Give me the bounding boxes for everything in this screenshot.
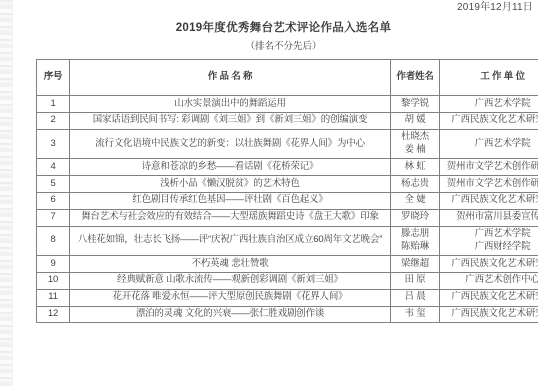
column-header-author-name: 作者姓名 bbox=[391, 60, 440, 96]
author-name-cell: 田 原 bbox=[391, 272, 440, 289]
author-name-cell: 黎学锐 bbox=[391, 96, 440, 113]
row-number-cell: 11 bbox=[37, 289, 70, 306]
work-title-cell: 不朽英魂 悲壮赞歌 bbox=[70, 256, 391, 273]
row-number-cell: 1 bbox=[37, 96, 70, 113]
author-name-cell: 杨志贵 bbox=[391, 176, 440, 193]
table-header: 序号 作 品 名 称 作者姓名 工 作 单 位 bbox=[37, 60, 538, 96]
table-row: 7舞台艺术与社会效应的有效结合——大型瑶族舞蹈史诗《盘王大歌》印象罗晓玲贺州市富… bbox=[37, 209, 538, 226]
work-unit: 贺州市文学艺术创作研究所 bbox=[444, 178, 538, 191]
author-name: 杨志贵 bbox=[394, 178, 436, 191]
table-row: 6红色剧目传承红色基因——评壮剧《百色起义》全 婕广西民族文化艺术研究院 bbox=[37, 192, 538, 209]
table-row: 3流行文化语境中民族文艺的新变：以壮族舞剧《花界人间》为中心杜晓杰姜 楠广西艺术… bbox=[37, 129, 538, 159]
work-title-cell: 流行文化语境中民族文艺的新变：以壮族舞剧《花界人间》为中心 bbox=[70, 129, 391, 159]
table-row: 8八桂花如锦，壮志长飞扬——评“庆祝广西壮族自治区成立60周年文艺晚会”滕志朋陈… bbox=[37, 226, 538, 256]
row-number-cell: 6 bbox=[37, 192, 70, 209]
work-unit: 贺州市富川县委宣传部 bbox=[444, 211, 538, 224]
work-unit: 广西民族文化艺术研究院 bbox=[444, 114, 538, 127]
row-number-cell: 9 bbox=[37, 256, 70, 273]
work-unit-cell: 贺州市富川县委宣传部 bbox=[440, 209, 538, 226]
page-edge-texture bbox=[0, 0, 13, 386]
author-name-cell: 滕志朋陈贻琳 bbox=[391, 226, 440, 256]
work-unit-cell: 广西艺术学院 bbox=[440, 96, 538, 113]
row-number-cell: 5 bbox=[37, 176, 70, 193]
author-name: 全 婕 bbox=[394, 194, 436, 207]
author-name-cell: 罗晓玲 bbox=[391, 209, 440, 226]
table-row: 4诗意和苍凉的乡愁——看话剧《花桥荣记》林 虹贺州市文学艺术创作研究所 bbox=[37, 159, 538, 176]
row-number-cell: 12 bbox=[37, 306, 70, 323]
column-header-work-title: 作 品 名 称 bbox=[70, 60, 391, 96]
author-name: 陈贻琳 bbox=[394, 241, 436, 254]
work-title-cell: 浅析小品《懒汉脱贫》的艺术特色 bbox=[70, 176, 391, 193]
row-number-cell: 2 bbox=[37, 112, 70, 129]
work-unit-cell: 广西艺术学院广西财经学院 bbox=[440, 226, 538, 256]
table-row: 2国家话语到民间书写: 彩调剧《刘三姐》到《新刘三姐》的创编演变胡 媛广西民族文… bbox=[37, 112, 538, 129]
author-name: 吕 晨 bbox=[394, 291, 436, 304]
work-unit: 广西民族文化艺术研究院 bbox=[444, 308, 538, 321]
work-unit-cell: 广西民族文化艺术研究院 bbox=[440, 306, 538, 323]
table-row: 11花开花落 唯爱永恒——评大型原创民族舞剧《花界人间》吕 晨广西民族文化艺术研… bbox=[37, 289, 538, 306]
author-name: 姜 楠 bbox=[394, 144, 436, 157]
table-row: 10经典赋新意 山歌永流传——观新创彩调剧《新刘三姐》田 原广西艺术创作中心 bbox=[37, 272, 538, 289]
entries-table: 序号 作 品 名 称 作者姓名 工 作 单 位 1山水实景演出中的舞蹈运用黎学锐… bbox=[36, 59, 538, 323]
table-row: 5浅析小品《懒汉脱贫》的艺术特色杨志贵贺州市文学艺术创作研究所 bbox=[37, 176, 538, 193]
table-body: 1山水实景演出中的舞蹈运用黎学锐广西艺术学院2国家话语到民间书写: 彩调剧《刘三… bbox=[37, 96, 538, 323]
author-name-cell: 韦 玺 bbox=[391, 306, 440, 323]
work-unit: 广西民族文化艺术研究院 bbox=[444, 258, 538, 271]
work-title-cell: 国家话语到民间书写: 彩调剧《刘三姐》到《新刘三姐》的创编演变 bbox=[70, 112, 391, 129]
row-number-cell: 7 bbox=[37, 209, 70, 226]
work-unit-cell: 广西民族文化艺术研究院 bbox=[440, 289, 538, 306]
work-title-cell: 八桂花如锦，壮志长飞扬——评“庆祝广西壮族自治区成立60周年文艺晚会” bbox=[70, 226, 391, 256]
author-name: 韦 玺 bbox=[394, 308, 436, 321]
row-number-cell: 4 bbox=[37, 159, 70, 176]
work-title-cell: 花开花落 唯爱永恒——评大型原创民族舞剧《花界人间》 bbox=[70, 289, 391, 306]
work-title-cell: 漂泊的灵魂 文化的兴衰——张仁胜戏剧创作谈 bbox=[70, 306, 391, 323]
author-name: 罗晓玲 bbox=[394, 211, 436, 224]
document-title: 2019年度优秀舞台艺术评论作品入选名单 bbox=[36, 19, 531, 35]
work-unit-cell: 广西艺术创作中心 bbox=[440, 272, 538, 289]
author-name: 梁继超 bbox=[394, 258, 436, 271]
work-unit-cell: 广西民族文化艺术研究院 bbox=[440, 192, 538, 209]
work-unit: 广西艺术学院 bbox=[444, 98, 538, 111]
row-number-cell: 10 bbox=[37, 272, 70, 289]
author-name: 黎学锐 bbox=[394, 98, 436, 111]
work-title-cell: 经典赋新意 山歌永流传——观新创彩调剧《新刘三姐》 bbox=[70, 272, 391, 289]
document-subtitle: （排名不分先后） bbox=[36, 38, 531, 52]
work-unit-cell: 广西艺术学院 bbox=[440, 129, 538, 159]
column-header-number: 序号 bbox=[37, 60, 70, 96]
work-title-cell: 红色剧目传承红色基因——评壮剧《百色起义》 bbox=[70, 192, 391, 209]
author-name: 滕志朋 bbox=[394, 228, 436, 241]
work-unit: 广西民族文化艺术研究院 bbox=[444, 291, 538, 304]
table-row: 9不朽英魂 悲壮赞歌梁继超广西民族文化艺术研究院 bbox=[37, 256, 538, 273]
work-title-cell: 山水实景演出中的舞蹈运用 bbox=[70, 96, 391, 113]
author-name-cell: 胡 媛 bbox=[391, 112, 440, 129]
column-header-work-unit: 工 作 单 位 bbox=[440, 60, 538, 96]
work-unit: 广西民族文化艺术研究院 bbox=[444, 194, 538, 207]
work-unit: 贺州市文学艺术创作研究所 bbox=[444, 161, 538, 174]
author-name: 林 虹 bbox=[394, 161, 436, 174]
work-unit-cell: 贺州市文学艺术创作研究所 bbox=[440, 159, 538, 176]
row-number-cell: 3 bbox=[37, 129, 70, 159]
work-unit: 广西财经学院 bbox=[444, 241, 538, 254]
document-page: 2019年度优秀舞台艺术评论作品入选名单 （排名不分先后） 序号 作 品 名 称… bbox=[36, 0, 531, 323]
author-name: 杜晓杰 bbox=[394, 131, 436, 144]
work-unit: 广西艺术学院 bbox=[444, 228, 538, 241]
author-name: 胡 媛 bbox=[394, 114, 436, 127]
author-name-cell: 吕 晨 bbox=[391, 289, 440, 306]
row-number-cell: 8 bbox=[37, 226, 70, 256]
author-name-cell: 全 婕 bbox=[391, 192, 440, 209]
work-unit-cell: 广西民族文化艺术研究院 bbox=[440, 256, 538, 273]
table-row: 1山水实景演出中的舞蹈运用黎学锐广西艺术学院 bbox=[37, 96, 538, 113]
work-unit: 广西艺术学院 bbox=[444, 138, 538, 151]
author-name-cell: 林 虹 bbox=[391, 159, 440, 176]
work-title-cell: 诗意和苍凉的乡愁——看话剧《花桥荣记》 bbox=[70, 159, 391, 176]
table-header-row: 序号 作 品 名 称 作者姓名 工 作 单 位 bbox=[37, 60, 538, 96]
table-row: 12漂泊的灵魂 文化的兴衰——张仁胜戏剧创作谈韦 玺广西民族文化艺术研究院 bbox=[37, 306, 538, 323]
author-name-cell: 梁继超 bbox=[391, 256, 440, 273]
author-name-cell: 杜晓杰姜 楠 bbox=[391, 129, 440, 159]
work-unit: 广西艺术创作中心 bbox=[444, 274, 538, 287]
work-title-cell: 舞台艺术与社会效应的有效结合——大型瑶族舞蹈史诗《盘王大歌》印象 bbox=[70, 209, 391, 226]
work-unit-cell: 广西民族文化艺术研究院 bbox=[440, 112, 538, 129]
work-unit-cell: 贺州市文学艺术创作研究所 bbox=[440, 176, 538, 193]
author-name: 田 原 bbox=[394, 274, 436, 287]
